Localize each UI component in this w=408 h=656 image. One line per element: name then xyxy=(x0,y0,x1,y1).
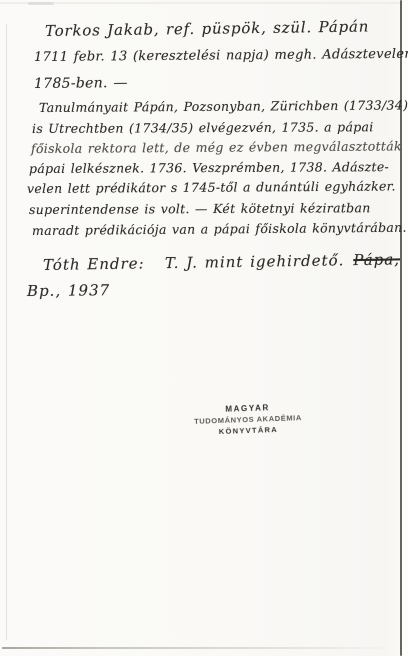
handwriting-line-place-year: Bp., 1937 xyxy=(27,281,110,300)
handwriting-line-bio-5: velen lett prédikátor s 1745-től a dunán… xyxy=(27,178,396,196)
handwriting-line-bio-2: is Utrechtben (1734/35) elvégezvén, 1735… xyxy=(32,119,374,136)
handwriting-line-name: Torkos Jakab, ref. püspök, szül. Pápán xyxy=(45,17,369,40)
handwriting-line-reference: Tóth Endre: T. J. mint igehirdető.Pápa, xyxy=(43,250,400,274)
handwriting-line-birth: 1711 febr. 13 (keresztelési napja) megh.… xyxy=(34,47,408,65)
scan-smudge xyxy=(28,2,54,5)
handwriting-line-bio-7: maradt prédikációja van a pápai főiskola… xyxy=(32,220,407,238)
handwriting-line-bio-6: superintendense is volt. — Két kötetnyi … xyxy=(29,200,371,217)
handwriting-line-bio-1: Tanulmányait Pápán, Pozsonyban, Zürichbe… xyxy=(39,97,408,115)
handwriting-line-bio-3: főiskola rektora lett, de még ez évben m… xyxy=(31,138,402,156)
card-edge-top xyxy=(0,2,408,4)
reference-text: Tóth Endre: T. J. mint igehirdető. xyxy=(43,251,345,274)
card-edge-bottom xyxy=(2,647,396,649)
handwriting-line-death: 1785-ben. — xyxy=(34,75,128,92)
library-stamp: MAGYAR TUDOMÁNYOS AKADÉMIA KÖNYVTÁRA xyxy=(187,401,308,438)
handwriting-line-bio-4: pápai lelkésznek. 1736. Veszprémben, 173… xyxy=(29,159,389,176)
card-edge-left xyxy=(6,24,7,640)
reference-struck-word: Pápa, xyxy=(353,250,400,269)
catalog-card: Torkos Jakab, ref. püspök, szül. Pápán 1… xyxy=(0,0,408,656)
